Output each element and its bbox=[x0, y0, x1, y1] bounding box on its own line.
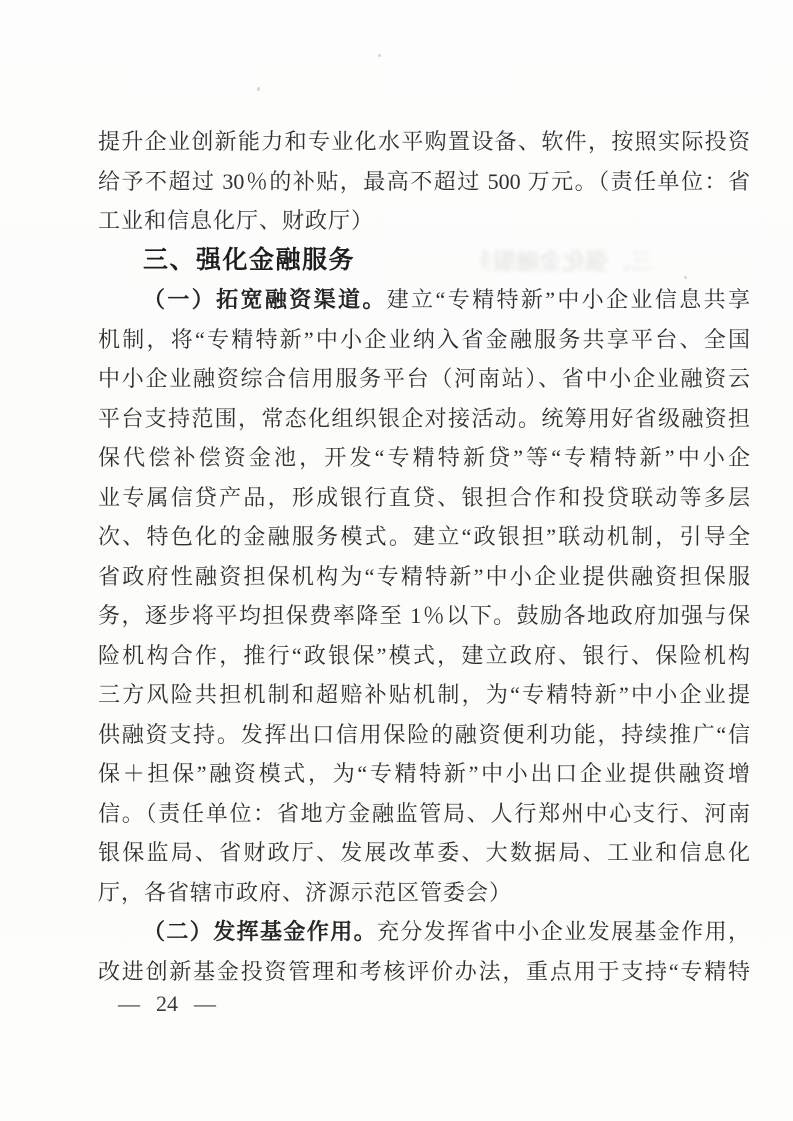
line-text: 工业和信息化厅、财政厅） bbox=[98, 208, 374, 233]
line-text: 充分发挥省中小企业发展基金作用， bbox=[377, 919, 750, 944]
line-text: 建立“专精特新”中小企业信息共享 bbox=[387, 287, 750, 312]
text-line: 供融资支持。发挥出口信用保险的融资便利功能，持续推广“信 bbox=[98, 715, 750, 755]
line-text: 给予不超过 30％的补贴，最高不超过 500 万元。（责任单位：省 bbox=[98, 169, 750, 194]
line-text: 保＋担保”融资模式，为“专精特新”中小出口企业提供融资增 bbox=[98, 761, 750, 786]
line-text: 三方风险共担机制和超赔补贴机制，为“专精特新”中小企业提 bbox=[98, 682, 750, 707]
text-line: 中小企业融资综合信用服务平台（河南站）、省中小企业融资云 bbox=[98, 359, 750, 399]
footer-right-dash: — bbox=[194, 991, 216, 1017]
line-text: 供融资支持。发挥出口信用保险的融资便利功能，持续推广“信 bbox=[98, 722, 750, 747]
text-line: （一）拓宽融资渠道。建立“专精特新”中小企业信息共享 bbox=[98, 280, 750, 320]
text-line: 机制，将“专精特新”中小企业纳入省金融服务共享平台、全国 bbox=[98, 320, 750, 360]
text-line: 工业和信息化厅、财政厅） bbox=[98, 201, 750, 241]
line-text: 平台支持范围，常态化组织银企对接活动。统筹用好省级融资担 bbox=[98, 406, 750, 431]
line-text: 保代偿补偿资金池，开发“专精特新贷”等“专精特新”中小企 bbox=[98, 445, 750, 470]
text-line: 三方风险共担机制和超赔补贴机制，为“专精特新”中小企业提 bbox=[98, 675, 750, 715]
text-line: 厅，各省辖市政府、济源示范区管委会） bbox=[98, 873, 750, 913]
paragraph-lead: （二）发挥基金作用。 bbox=[143, 919, 377, 944]
paragraph-lead: （一）拓宽融资渠道。 bbox=[143, 287, 387, 312]
text-line: 险机构合作，推行“政银保”模式，建立政府、银行、保险机构 bbox=[98, 636, 750, 676]
line-text: 业专属信贷产品，形成银行直贷、银担合作和投贷联动等多层 bbox=[98, 485, 750, 510]
line-text: 提升企业创新能力和专业化水平购置设备、软件，按照实际投资 bbox=[98, 129, 750, 154]
document-body: 提升企业创新能力和专业化水平购置设备、软件，按照实际投资给予不超过 30％的补贴… bbox=[98, 122, 750, 991]
page-footer: — 24 — bbox=[118, 991, 216, 1017]
footer-left-dash: — bbox=[118, 991, 140, 1017]
text-line: 给予不超过 30％的补贴，最高不超过 500 万元。（责任单位：省 bbox=[98, 162, 750, 202]
line-text: 信。（责任单位：省地方金融监管局、人行郑州中心支行、河南 bbox=[98, 801, 750, 826]
line-text: 省政府性融资担保机构为“专精特新”中小企业提供融资担保服 bbox=[98, 564, 750, 589]
text-line: 务，逐步将平均担保费率降至 1％以下。鼓励各地政府加强与保 bbox=[98, 596, 750, 636]
scan-speck bbox=[257, 87, 260, 91]
text-line: 业专属信贷产品，形成银行直贷、银担合作和投贷联动等多层 bbox=[98, 478, 750, 518]
text-line: 平台支持范围，常态化组织银企对接活动。统筹用好省级融资担 bbox=[98, 399, 750, 439]
line-text: 银保监局、省财政厅、发展改革委、大数据局、工业和信息化 bbox=[98, 840, 750, 865]
document-page: 三、强化金融服务 提升企业创新能力和专业化水平购置设备、软件，按照实际投资给予不… bbox=[0, 0, 793, 1121]
line-text: 厅，各省辖市政府、济源示范区管委会） bbox=[98, 880, 512, 905]
line-text: 次、特色化的金融服务模式。建立“政银担”联动机制，引导全 bbox=[98, 524, 750, 549]
text-line: 保＋担保”融资模式，为“专精特新”中小出口企业提供融资增 bbox=[98, 754, 750, 794]
line-text: 机制，将“专精特新”中小企业纳入省金融服务共享平台、全国 bbox=[98, 327, 750, 352]
text-line: （二）发挥基金作用。充分发挥省中小企业发展基金作用， bbox=[98, 912, 750, 952]
heading-text: 三、强化金融服务 bbox=[143, 246, 355, 274]
line-text: 务，逐步将平均担保费率降至 1％以下。鼓励各地政府加强与保 bbox=[98, 603, 750, 628]
section-heading: 三、强化金融服务 bbox=[98, 241, 750, 281]
line-text: 中小企业融资综合信用服务平台（河南站）、省中小企业融资云 bbox=[98, 366, 750, 391]
line-text: 改进创新基金投资管理和考核评价办法，重点用于支持“专精特 bbox=[98, 959, 750, 984]
scan-speck bbox=[378, 54, 381, 57]
page-number: 24 bbox=[156, 991, 178, 1017]
text-line: 改进创新基金投资管理和考核评价办法，重点用于支持“专精特 bbox=[98, 952, 750, 992]
line-text: 险机构合作，推行“政银保”模式，建立政府、银行、保险机构 bbox=[98, 643, 750, 668]
text-line: 保代偿补偿资金池，开发“专精特新贷”等“专精特新”中小企 bbox=[98, 438, 750, 478]
text-line: 银保监局、省财政厅、发展改革委、大数据局、工业和信息化 bbox=[98, 833, 750, 873]
text-line: 信。（责任单位：省地方金融监管局、人行郑州中心支行、河南 bbox=[98, 794, 750, 834]
text-line: 提升企业创新能力和专业化水平购置设备、软件，按照实际投资 bbox=[98, 122, 750, 162]
text-line: 次、特色化的金融服务模式。建立“政银担”联动机制，引导全 bbox=[98, 517, 750, 557]
text-line: 省政府性融资担保机构为“专精特新”中小企业提供融资担保服 bbox=[98, 557, 750, 597]
